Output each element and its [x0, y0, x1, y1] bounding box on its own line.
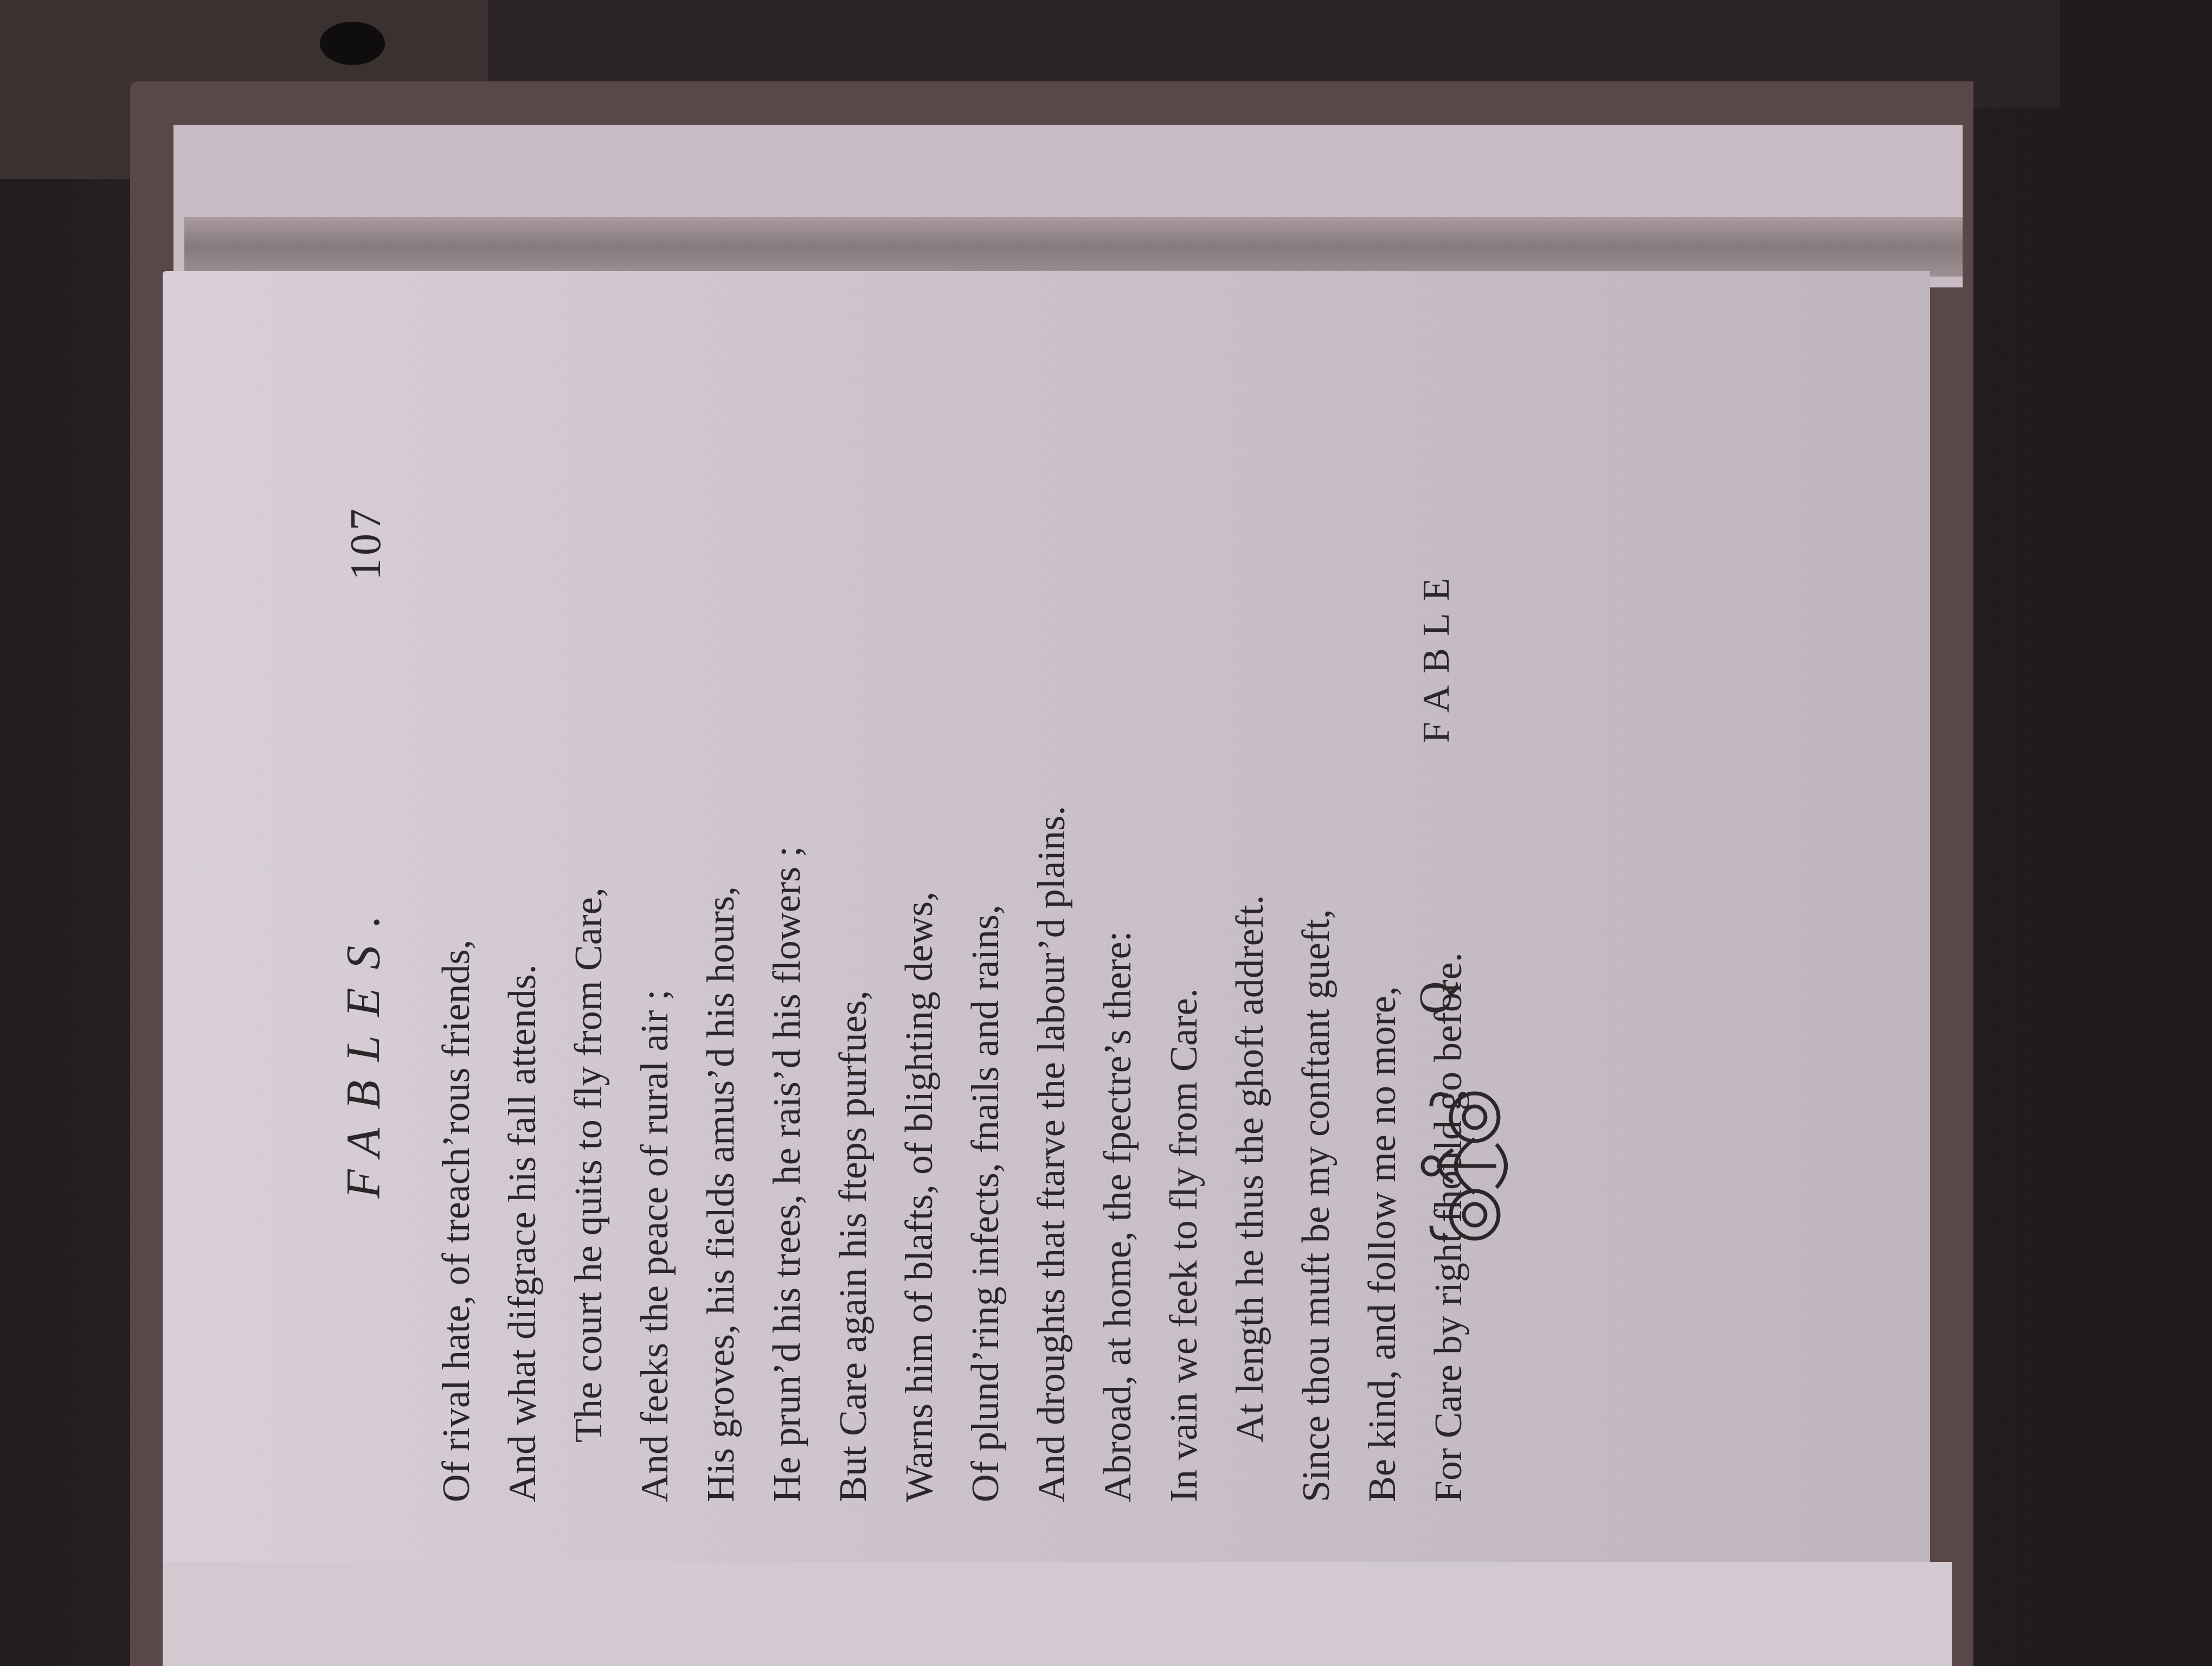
verse-line: At length he thus the ghoft addreft. [1217, 472, 1283, 1502]
verse-line: And droughts that ftarve the labour’d pl… [1018, 472, 1084, 1502]
door-knob [320, 22, 385, 65]
page-number: 107 [342, 505, 391, 580]
verse: Of rival hate, of treach’rous friends, A… [423, 472, 1481, 1502]
verse-line: And what difgrace his fall attends. [489, 472, 555, 1502]
verse-line: Abroad, at home, the fpectre’s there: [1084, 472, 1150, 1502]
verse-line: And feeks the peace of rural air ; [621, 472, 687, 1502]
running-head-title: FABLES. [336, 896, 391, 1199]
verse-line: But Care again his fteps purfues, [820, 472, 886, 1502]
running-head: FABLES. 107 [336, 472, 401, 1502]
verse-line: Since thou muft be my conftant gueft, [1283, 472, 1349, 1502]
catchword: FABLE [1415, 566, 1458, 744]
signature-mark: Q [1410, 981, 1462, 1014]
verse-line: Of plund’ring infects, fnails and rains, [952, 472, 1018, 1502]
verse-line: In vain we feek to fly from Care. [1150, 472, 1217, 1502]
page-edges [184, 217, 1963, 277]
verse-line: His groves, his fields amus’d his hours, [687, 472, 754, 1502]
page-text-block: FABLES. 107 Of rival hate, of treach’rou… [336, 472, 1529, 1502]
verse-line: The court he quits to fly from Care, [555, 472, 621, 1502]
verse-line: Warns him of blafts, of blighting dews, [886, 472, 952, 1502]
verse-line: He prun’d his trees, he rais’d his flowe… [754, 472, 820, 1502]
verse-line: Be kind, and follow me no more, [1349, 472, 1415, 1502]
facing-page-edge [163, 1562, 1952, 1666]
floral-tailpiece-icon [1415, 1085, 1518, 1247]
verse-line: Of rival hate, of treach’rous friends, [423, 472, 489, 1502]
